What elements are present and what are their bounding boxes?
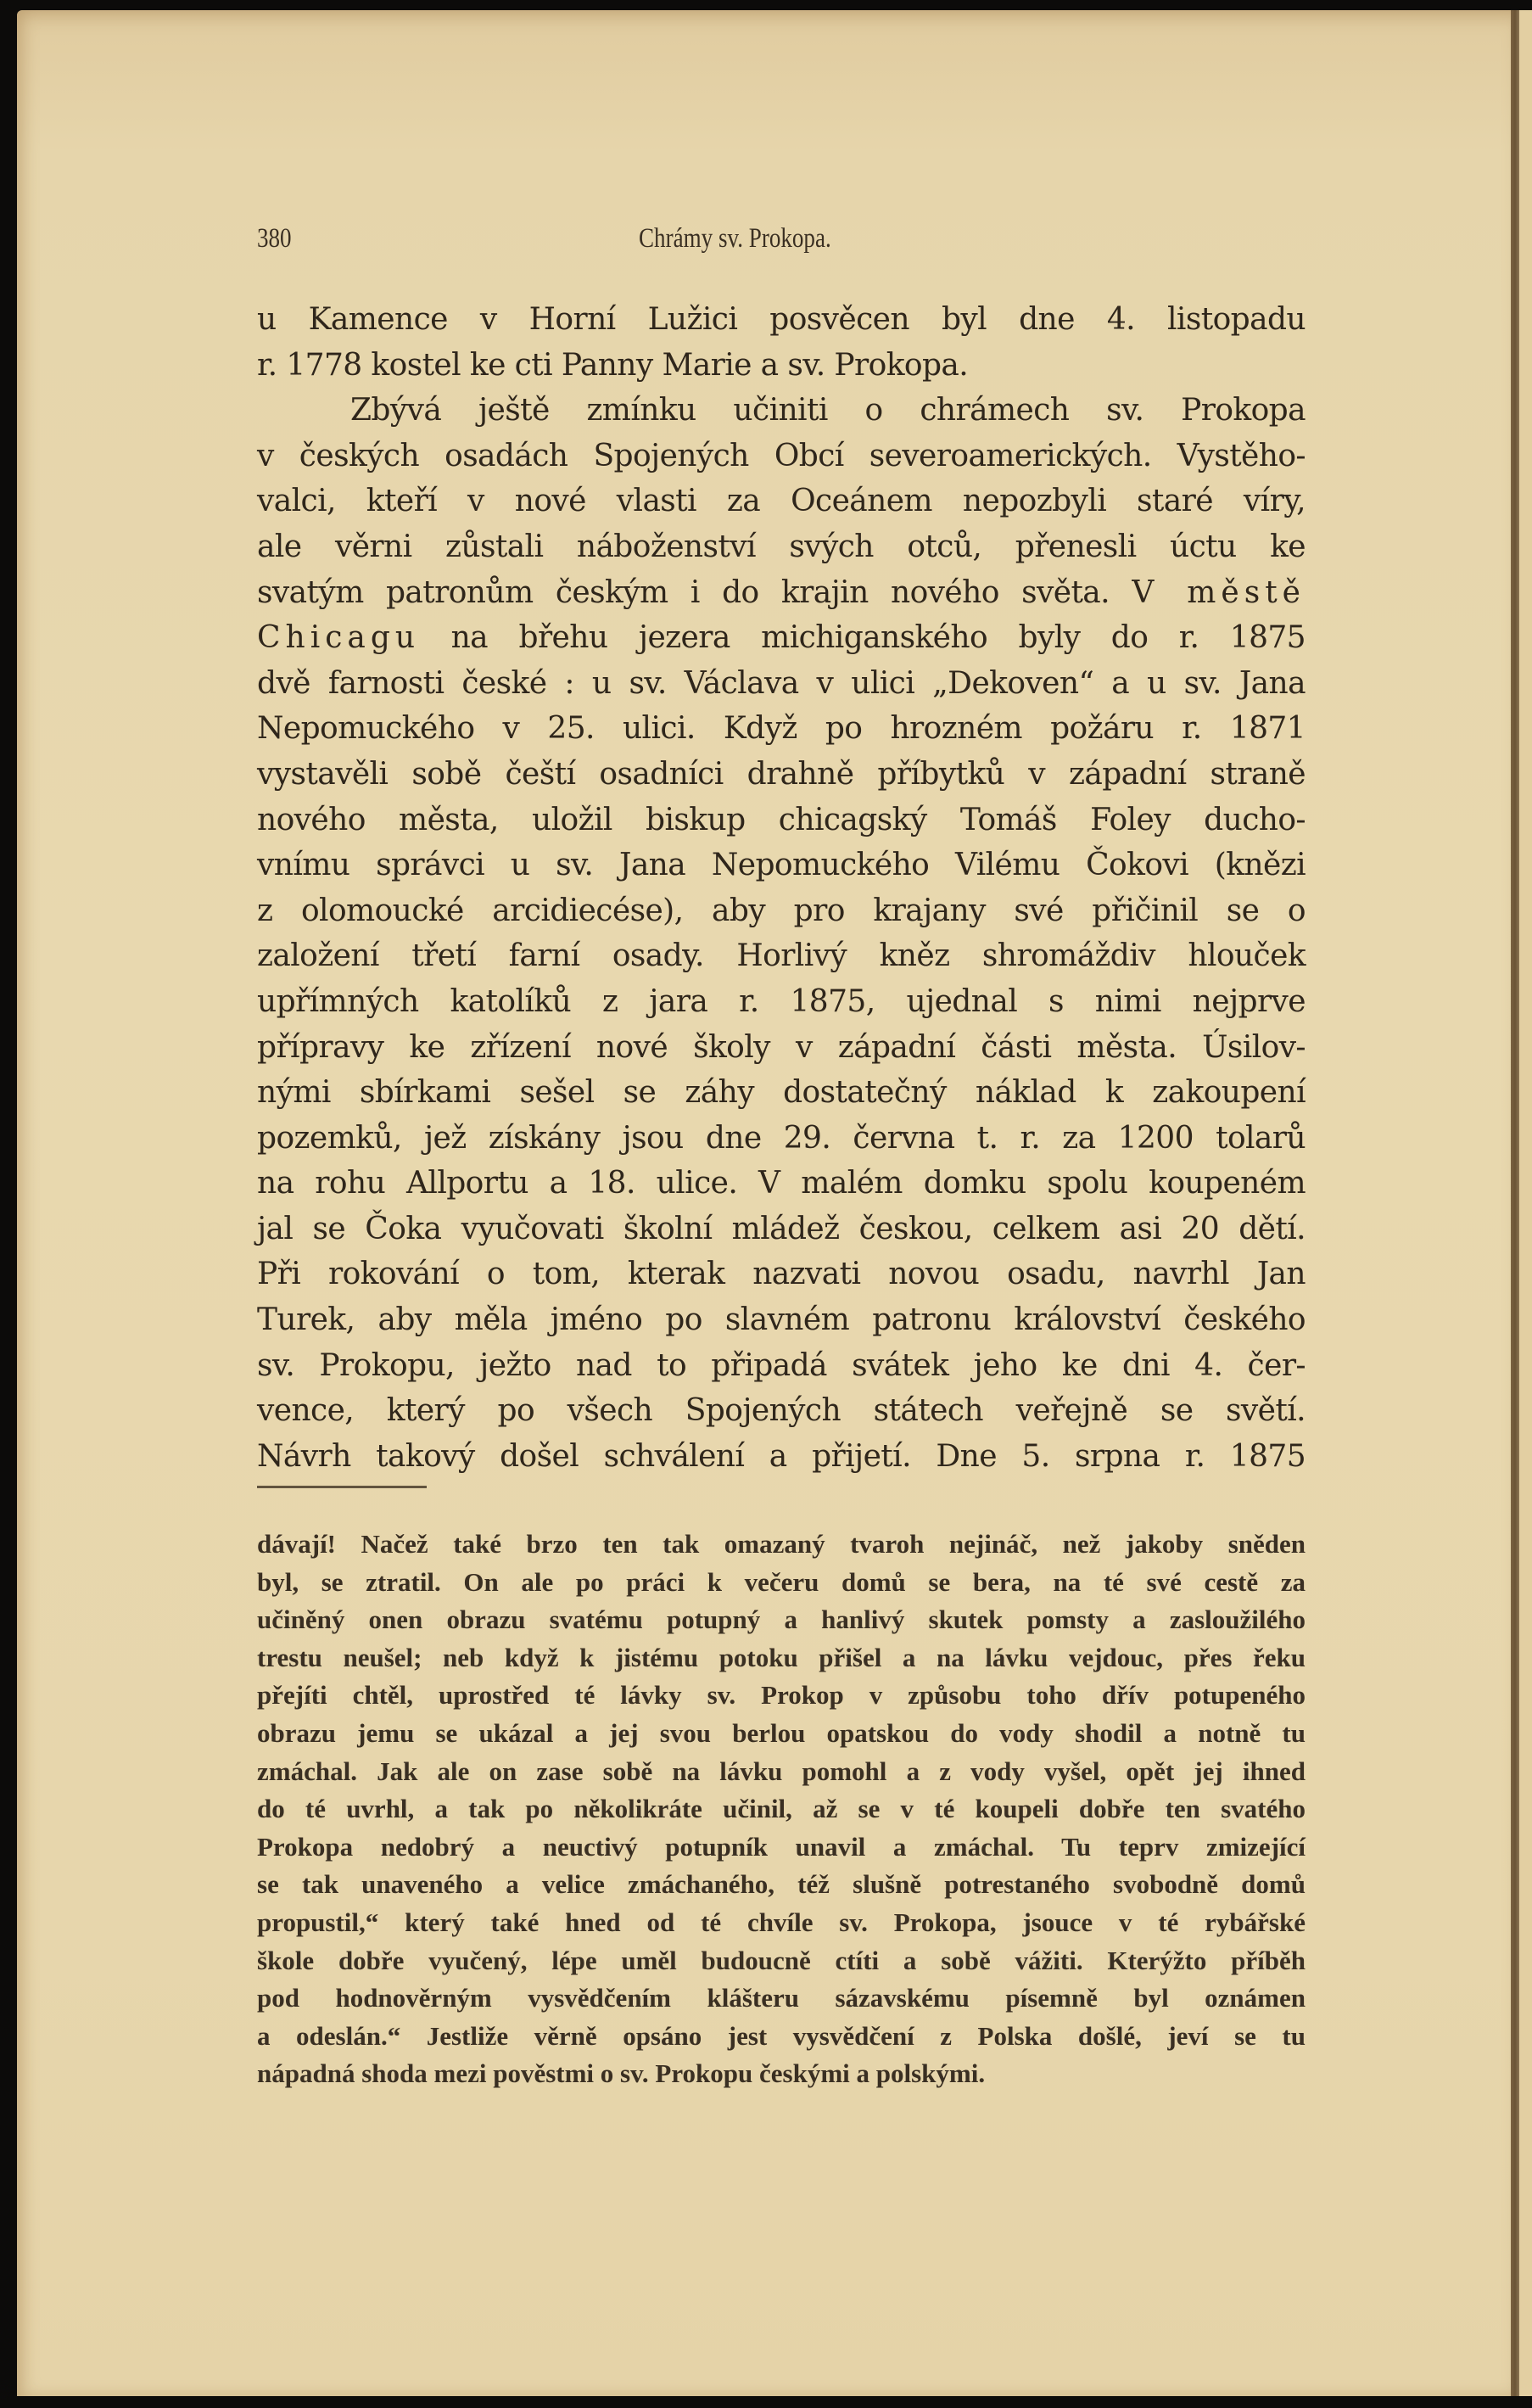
text-line: Návrh takový došel schválení a přijetí. … [257,1434,1306,1480]
page-edge-shadow [1511,10,1519,2396]
text-line: Turek, aby měla jméno po slavném patronu… [257,1297,1306,1343]
text-line: vystavěli sobě čeští osadníci drahně pří… [257,752,1306,798]
spaced-emphasis: V městě [1132,575,1306,610]
text-line: na rohu Allportu a 18. ulice. V malém do… [257,1161,1306,1207]
text-line: nového města, uložil biskup chicagský To… [257,798,1306,843]
footnote-line: a odeslán.“ Jestliže věrně opsáno jest v… [257,2018,1306,2056]
text-line: u Kamence v Horní Lužici posvěcen byl dn… [257,297,1306,343]
text-line: vnímu správci u sv. Jana Nepomuckého Vil… [257,843,1306,888]
text-line: Chicagu na břehu jezera michiganského by… [257,615,1306,661]
footnote-line: učiněný onen obrazu svatému potupný a ha… [257,1601,1306,1639]
text-line: založení třetí farní osady. Horlivý kněz… [257,933,1306,979]
text-line: jal se Čoka vyučovati školní mládež česk… [257,1207,1306,1252]
footnote: dávají! Načež také brzo ten tak omazaný … [257,1526,1306,2093]
text-line: ale věrni zůstali náboženství svých otců… [257,524,1306,570]
text-line: přípravy ke zřízení nové školy v západní… [257,1025,1306,1071]
footnote-line: přejíti chtěl, uprostřed té lávky sv. Pr… [257,1677,1306,1715]
page-number: 380 [257,223,292,255]
text-line: svatým patronům českým i do krajin novéh… [257,570,1306,616]
footnote-line: trestu neušel; neb když k jistému potoku… [257,1639,1306,1677]
footnote-line: byl, se ztratil. On ale po práci k večer… [257,1564,1306,1602]
text-line: Nepomuckého v 25. ulici. Když po hrozném… [257,706,1306,752]
footnote-line: propustil,“ který také hned od té chvíle… [257,1904,1306,1942]
text-line: z olomoucké arcidiecése), aby pro krajan… [257,888,1306,934]
footnote-line: nápadná shoda mezi pověstmi o sv. Prokop… [257,2055,1306,2093]
footnote-line: pod hodnověrným vysvědčením klášteru sáz… [257,1980,1306,2018]
footnote-line: zmáchal. Jak ale on zase sobě na lávku p… [257,1753,1306,1791]
page-header: 380 Chrámy sv. Prokopa. [257,223,1305,266]
text-line: valci, kteří v nové vlasti za Oceánem ne… [257,479,1306,524]
paragraph-start-line: Zbývá ještě zmínku učiniti o chrámech sv… [257,388,1306,434]
text-line: dvě farnosti české : u sv. Václava v uli… [257,661,1306,707]
footnote-line: škole dobře vyučený, lépe uměl budoucně … [257,1942,1306,1980]
page-edge-paper [1519,10,1532,2396]
text-line: pozemků, jež získány jsou dne 29. června… [257,1116,1306,1162]
text-line: r. 1778 kostel ke cti Panny Marie a sv. … [257,343,1306,389]
footnote-line: Prokopa nedobrý a neuctivý potupník unav… [257,1828,1306,1867]
footnote-line: obrazu jemu se ukázal a jej svou berlou … [257,1715,1306,1753]
main-text: u Kamence v Horní Lužici posvěcen byl dn… [257,297,1306,1479]
text-run: na břehu jezera michiganského byly do r.… [420,620,1306,655]
footnote-line: se tak unaveného a velice zmáchaného, té… [257,1866,1306,1904]
running-title: Chrámy sv. Prokopa. [639,223,831,255]
text-line: upřímných katolíků z jara r. 1875, ujedn… [257,979,1306,1025]
footnote-line: do té uvrhl, a tak po několikráte učinil… [257,1790,1306,1828]
footnote-line: dávají! Načež také brzo ten tak omazaný … [257,1526,1306,1564]
text-line: sv. Prokopu, ježto nad to připadá svátek… [257,1343,1306,1389]
text-line: Při rokování o tom, kterak nazvati novou… [257,1252,1306,1297]
footnote-divider [257,1486,427,1488]
text-line: nými sbírkami sešel se záhy dostatečný n… [257,1070,1306,1116]
text-line: vence, který po všech Spojených státech … [257,1388,1306,1434]
spaced-emphasis: Chicagu [257,620,420,655]
text-run: svatým patronům českým i do krajin novéh… [257,575,1132,610]
text-line: v českých osadách Spojených Obcí severoa… [257,434,1306,479]
